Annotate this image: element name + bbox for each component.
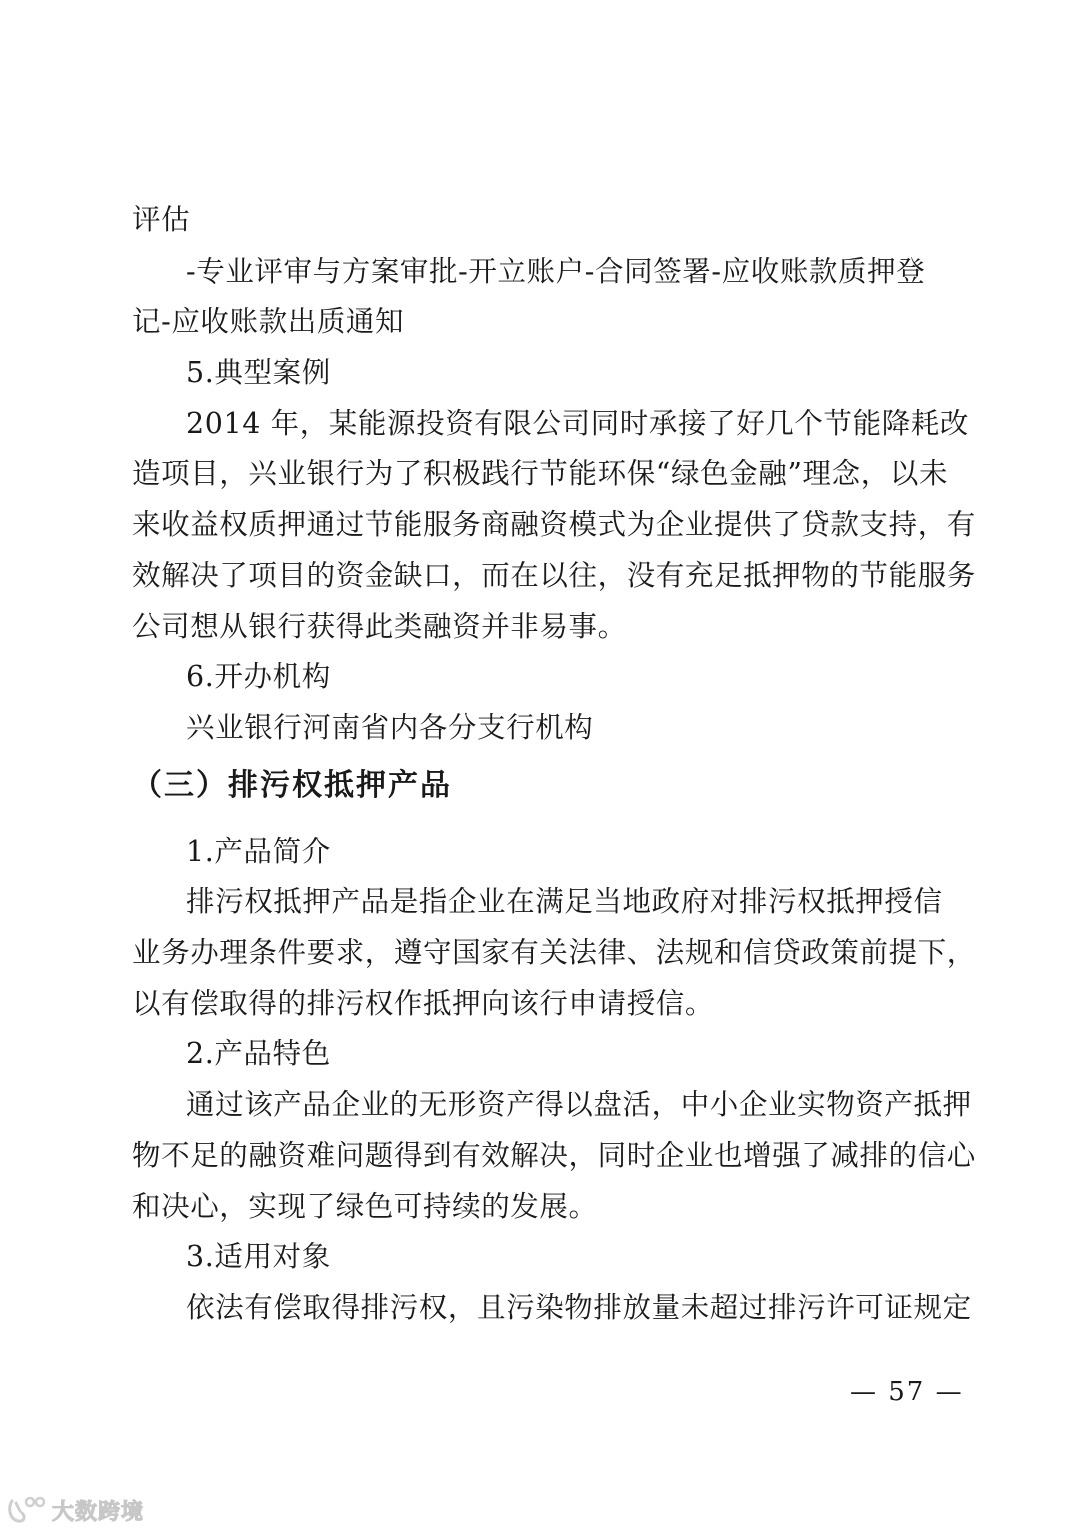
text-line-7: 来收益权质押通过节能服务商融资模式为企业提供了贷款支持，有 [132,508,952,542]
text-line-6: 造项目，兴业银行为了积极践行节能环保“绿色金融”理念，以未 [132,457,952,491]
document-page: 评估 -专业评审与方案审批-开立账户-合同签署-应收账款质押登 记-应收账款出质… [0,0,1080,1532]
brand-logo-icon [6,1495,48,1525]
text-line-18: 物不足的融资难问题得到有效解决，同时企业也增强了减排的信心 [132,1139,952,1173]
text-line-5: 2014 年，某能源投资有限公司同时承接了好几个节能降耗改 [186,407,1006,441]
watermark-text: 大数跨境 [52,1495,144,1526]
text-line-3: 记-应收账款出质通知 [132,305,952,339]
subheading-product-features: 2.产品特色 [186,1037,1006,1071]
subheading-applicable-objects: 3.适用对象 [186,1240,1006,1274]
text-line-13: 排污权抵押产品是指企业在满足当地政府对排污权抵押授信 [186,885,1006,919]
page-number: — 57 — [850,1377,964,1407]
text-line-8: 效解决了项目的资金缺口，而在以往，没有充足抵押物的节能服务 [132,559,952,593]
subheading-typical-case: 5.典型案例 [186,356,1006,390]
subheading-product-intro: 1.产品简介 [186,835,1006,869]
section-heading: （三）排污权抵押产品 [132,768,452,804]
text-line-9: 公司想从银行获得此类融资并非易事。 [132,610,952,644]
text-line-11: 兴业银行河南省内各分支行机构 [186,711,1006,745]
text-line-1: 评估 [132,203,952,237]
text-line-14: 业务办理条件要求，遵守国家有关法律、法规和信贷政策前提下， [132,936,952,970]
text-line-15: 以有偿取得的排污权作抵押向该行申请授信。 [132,987,952,1021]
text-line-17: 通过该产品企业的无形资产得以盘活，中小企业实物资产抵押 [186,1088,1006,1122]
text-line-19: 和决心，实现了绿色可持续的发展。 [132,1190,952,1224]
subheading-institution: 6.开办机构 [186,660,1006,694]
text-line-2: -专业评审与方案审批-开立账户-合同签署-应收账款质押登 [186,255,1006,289]
text-line-21: 依法有偿取得排污权，且污染物排放量未超过排污许可证规定 [186,1291,1006,1325]
watermark: 大数跨境 [6,1494,144,1526]
